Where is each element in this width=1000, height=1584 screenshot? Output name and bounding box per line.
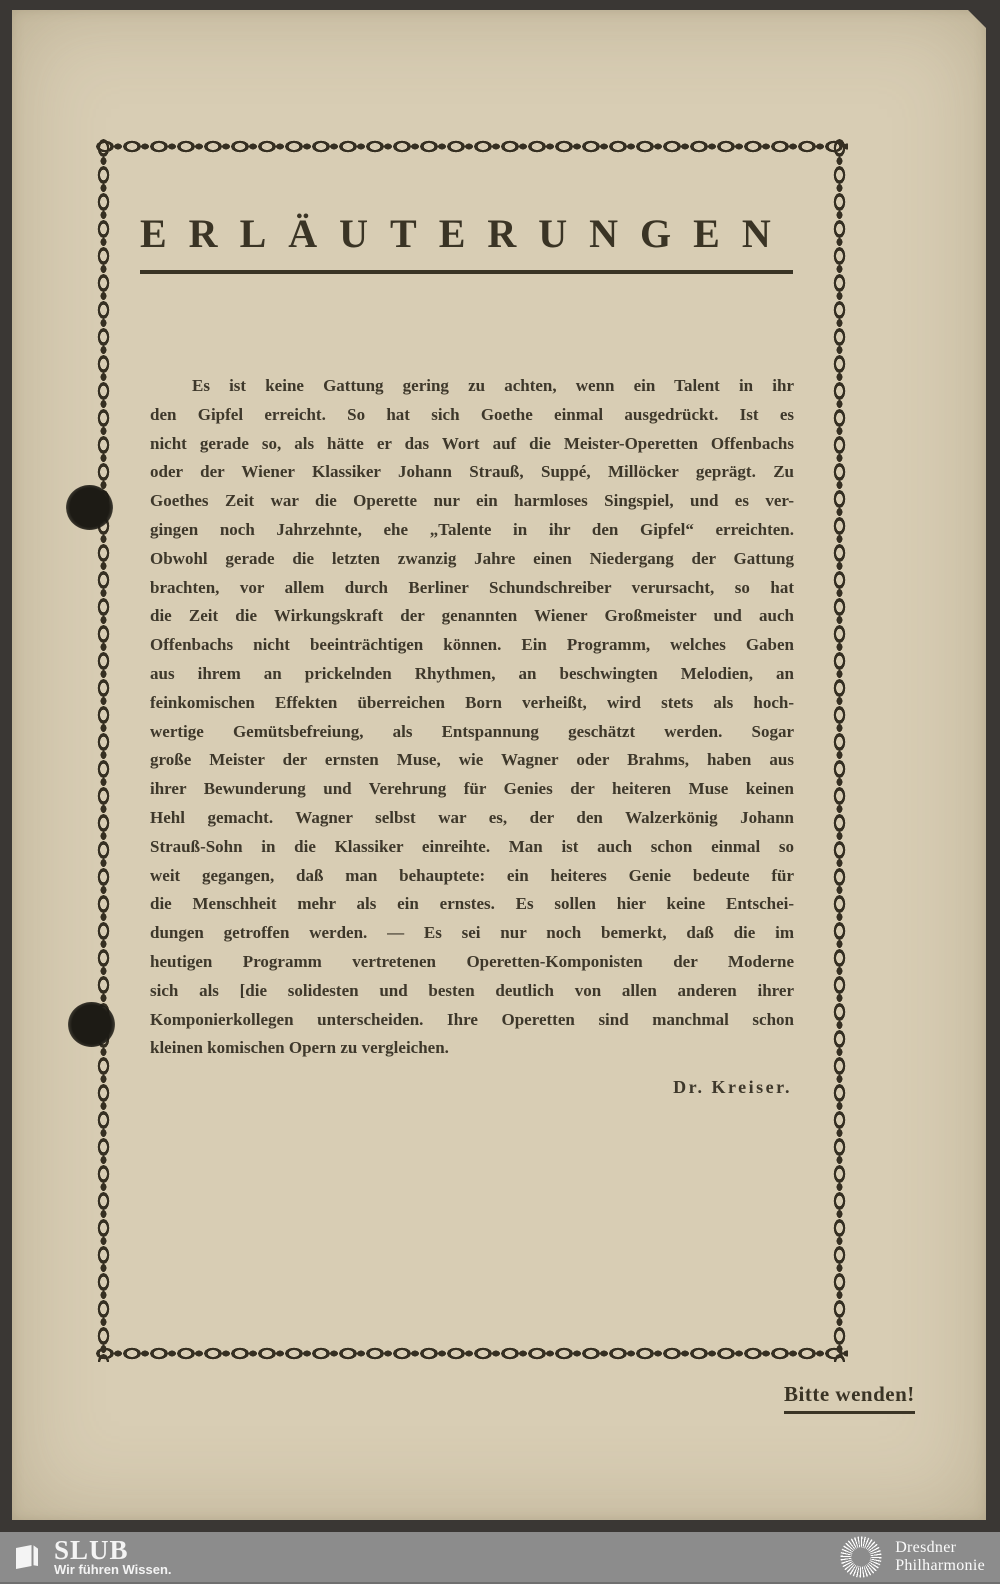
border-right [831, 138, 848, 1362]
text-line: feinkomischen Effekten überreichen Born … [150, 689, 794, 718]
slub-tagline: Wir führen Wissen. [54, 1563, 172, 1577]
turn-note: Bitte wenden! [784, 1382, 915, 1414]
text-line: oder der Wiener Klassiker Johann Strauß,… [150, 458, 794, 487]
punch-hole [68, 1002, 115, 1047]
paragraph: Es ist keine Gattung gering zu achten, w… [150, 372, 794, 1063]
text-line: ihrer Bewunderung und Verehrung für Geni… [150, 775, 794, 804]
document-page: ERLÄUTERUNGEN Es ist keine Gattung gerin… [12, 10, 986, 1520]
border-bottom [95, 1345, 848, 1362]
text-line: brachten, vor allem durch Berliner Schun… [150, 574, 794, 603]
text-line: Offenbachs nicht beeinträchtigen können.… [150, 631, 794, 660]
page-title: ERLÄUTERUNGEN [140, 210, 793, 274]
starburst-ring-icon [839, 1535, 883, 1579]
punch-hole [66, 485, 113, 530]
text-line: die Zeit die Wirkungskraft der genannten… [150, 602, 794, 631]
philharmonie-name-line1: Dresdner [895, 1539, 985, 1557]
body-text: Es ist keine Gattung gering zu achten, w… [150, 372, 794, 1098]
text-line: Hehl gemacht. Wagner selbst war es, der … [150, 804, 794, 833]
philharmonie-name-line2: Philharmonie [895, 1557, 985, 1575]
viewer-footer-bar: SLUB Wir führen Wissen. Dresdner Philhar… [0, 1532, 1000, 1584]
text-line: weit gegangen, daß man behauptete: ein h… [150, 862, 794, 891]
philharmonie-logo[interactable]: Dresdner Philharmonie [839, 1535, 985, 1579]
text-line: sich als [die solidesten und besten deut… [150, 977, 794, 1006]
text-line: Komponierkollegen unterscheiden. Ihre Op… [150, 1006, 794, 1035]
slub-logo[interactable]: SLUB Wir führen Wissen. [15, 1537, 172, 1577]
border-left [95, 138, 112, 1362]
text-line: Goethes Zeit war die Operette nur ein ha… [150, 487, 794, 516]
text-line: dungen getroffen werden. — Es sei nur no… [150, 919, 794, 948]
text-line: große Meister der ernsten Muse, wie Wagn… [150, 746, 794, 775]
text-line: aus ihrem an prickelnden Rhythmen, an be… [150, 660, 794, 689]
text-line: den Gipfel erreicht. So hat sich Goethe … [150, 401, 794, 430]
text-line: wertige Gemütsbefreiung, als Entspannung… [150, 718, 794, 747]
text-line: gingen noch Jahrzehnte, ehe „Talente in … [150, 516, 794, 545]
border-top [95, 138, 848, 155]
text-line: Obwohl gerade die letzten zwanzig Jahre … [150, 545, 794, 574]
text-line: heutigen Programm vertretenen Operetten-… [150, 948, 794, 977]
text-line: nicht gerade so, als hätte er das Wort a… [150, 430, 794, 459]
open-book-icon [15, 1544, 39, 1570]
text-line: Es ist keine Gattung gering zu achten, w… [150, 372, 794, 401]
text-line: kleinen komischen Opern zu vergleichen. [150, 1034, 794, 1063]
text-line: die Menschheit mehr als ein ernstes. Es … [150, 890, 794, 919]
signature: Dr. Kreiser. [150, 1077, 794, 1098]
scan-viewer: ERLÄUTERUNGEN Es ist keine Gattung gerin… [0, 0, 1000, 1584]
text-line: Strauß-Sohn in die Klassiker einreihte. … [150, 833, 794, 862]
slub-wordmark: SLUB [54, 1537, 172, 1563]
